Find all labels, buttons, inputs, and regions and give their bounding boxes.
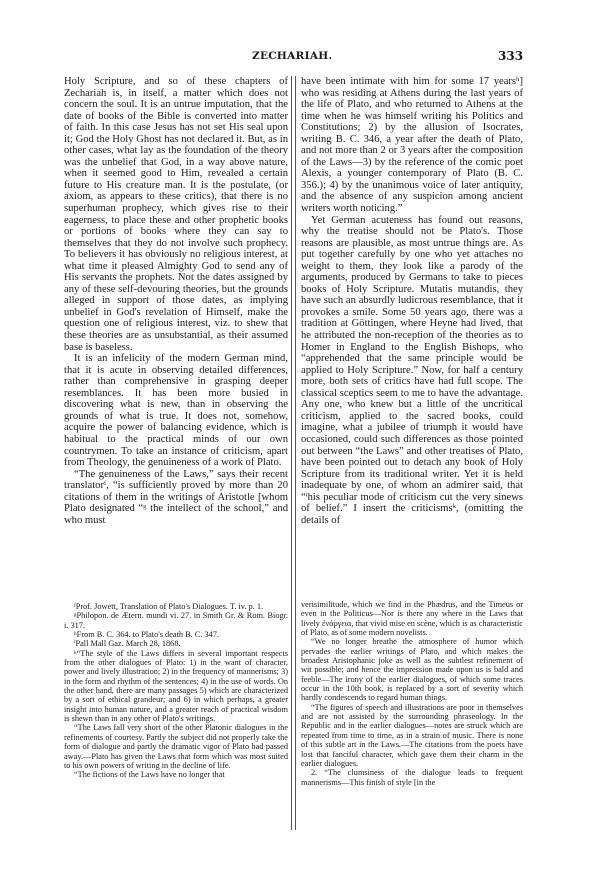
paragraph: It is an infelicity of the modern German… <box>64 353 288 468</box>
right-footnotes: verisimilitude, which we find in the Phæ… <box>301 600 523 787</box>
footnote: 2. “The clumsiness of the dialogue leads… <box>301 768 523 787</box>
book-page: ZECHARIAH. 333 Holy Scripture, and so of… <box>0 0 592 881</box>
footnote: ⁱPall Mall Gaz. March 28, 1868. <box>64 639 288 648</box>
right-column: have been intimate with him for some 17 … <box>301 76 523 526</box>
footnote: ᵍPhilopon. de Ætern. mundi vi. 27. in Sm… <box>64 611 288 630</box>
footnote: “We no longer breathe the atmosphere of … <box>301 637 523 702</box>
page-number: 333 <box>498 49 523 63</box>
running-title: ZECHARIAH. <box>252 50 332 62</box>
paragraph: have been intimate with him for some 17 … <box>301 76 523 215</box>
footnote: ᶠProf. Jowett, Translation of Plato's Di… <box>64 602 288 611</box>
paragraph: “The genuineness of the Laws,” says thei… <box>64 469 288 527</box>
paragraph: Yet German acuteness has found out reaso… <box>301 215 523 527</box>
footnote: verisimilitude, which we find in the Phæ… <box>301 600 523 637</box>
footnote: ʰFrom B. C. 364. to Plato's death B. C. … <box>64 630 288 639</box>
running-head: ZECHARIAH. 333 <box>0 50 592 66</box>
paragraph: Holy Scripture, and so of these chapters… <box>64 76 288 353</box>
footnote: ᵏ“The style of the Laws differs in sever… <box>64 649 288 724</box>
footnote: “The figures of speech and illustrations… <box>301 703 523 768</box>
left-footnotes: ᶠProf. Jowett, Translation of Plato's Di… <box>64 602 288 780</box>
left-column: Holy Scripture, and so of these chapters… <box>64 76 288 526</box>
footnote: “The Laws fall very short of the other P… <box>64 723 288 770</box>
column-divider <box>291 76 296 830</box>
footnote: “The fictions of the Laws have no longer… <box>64 770 288 779</box>
